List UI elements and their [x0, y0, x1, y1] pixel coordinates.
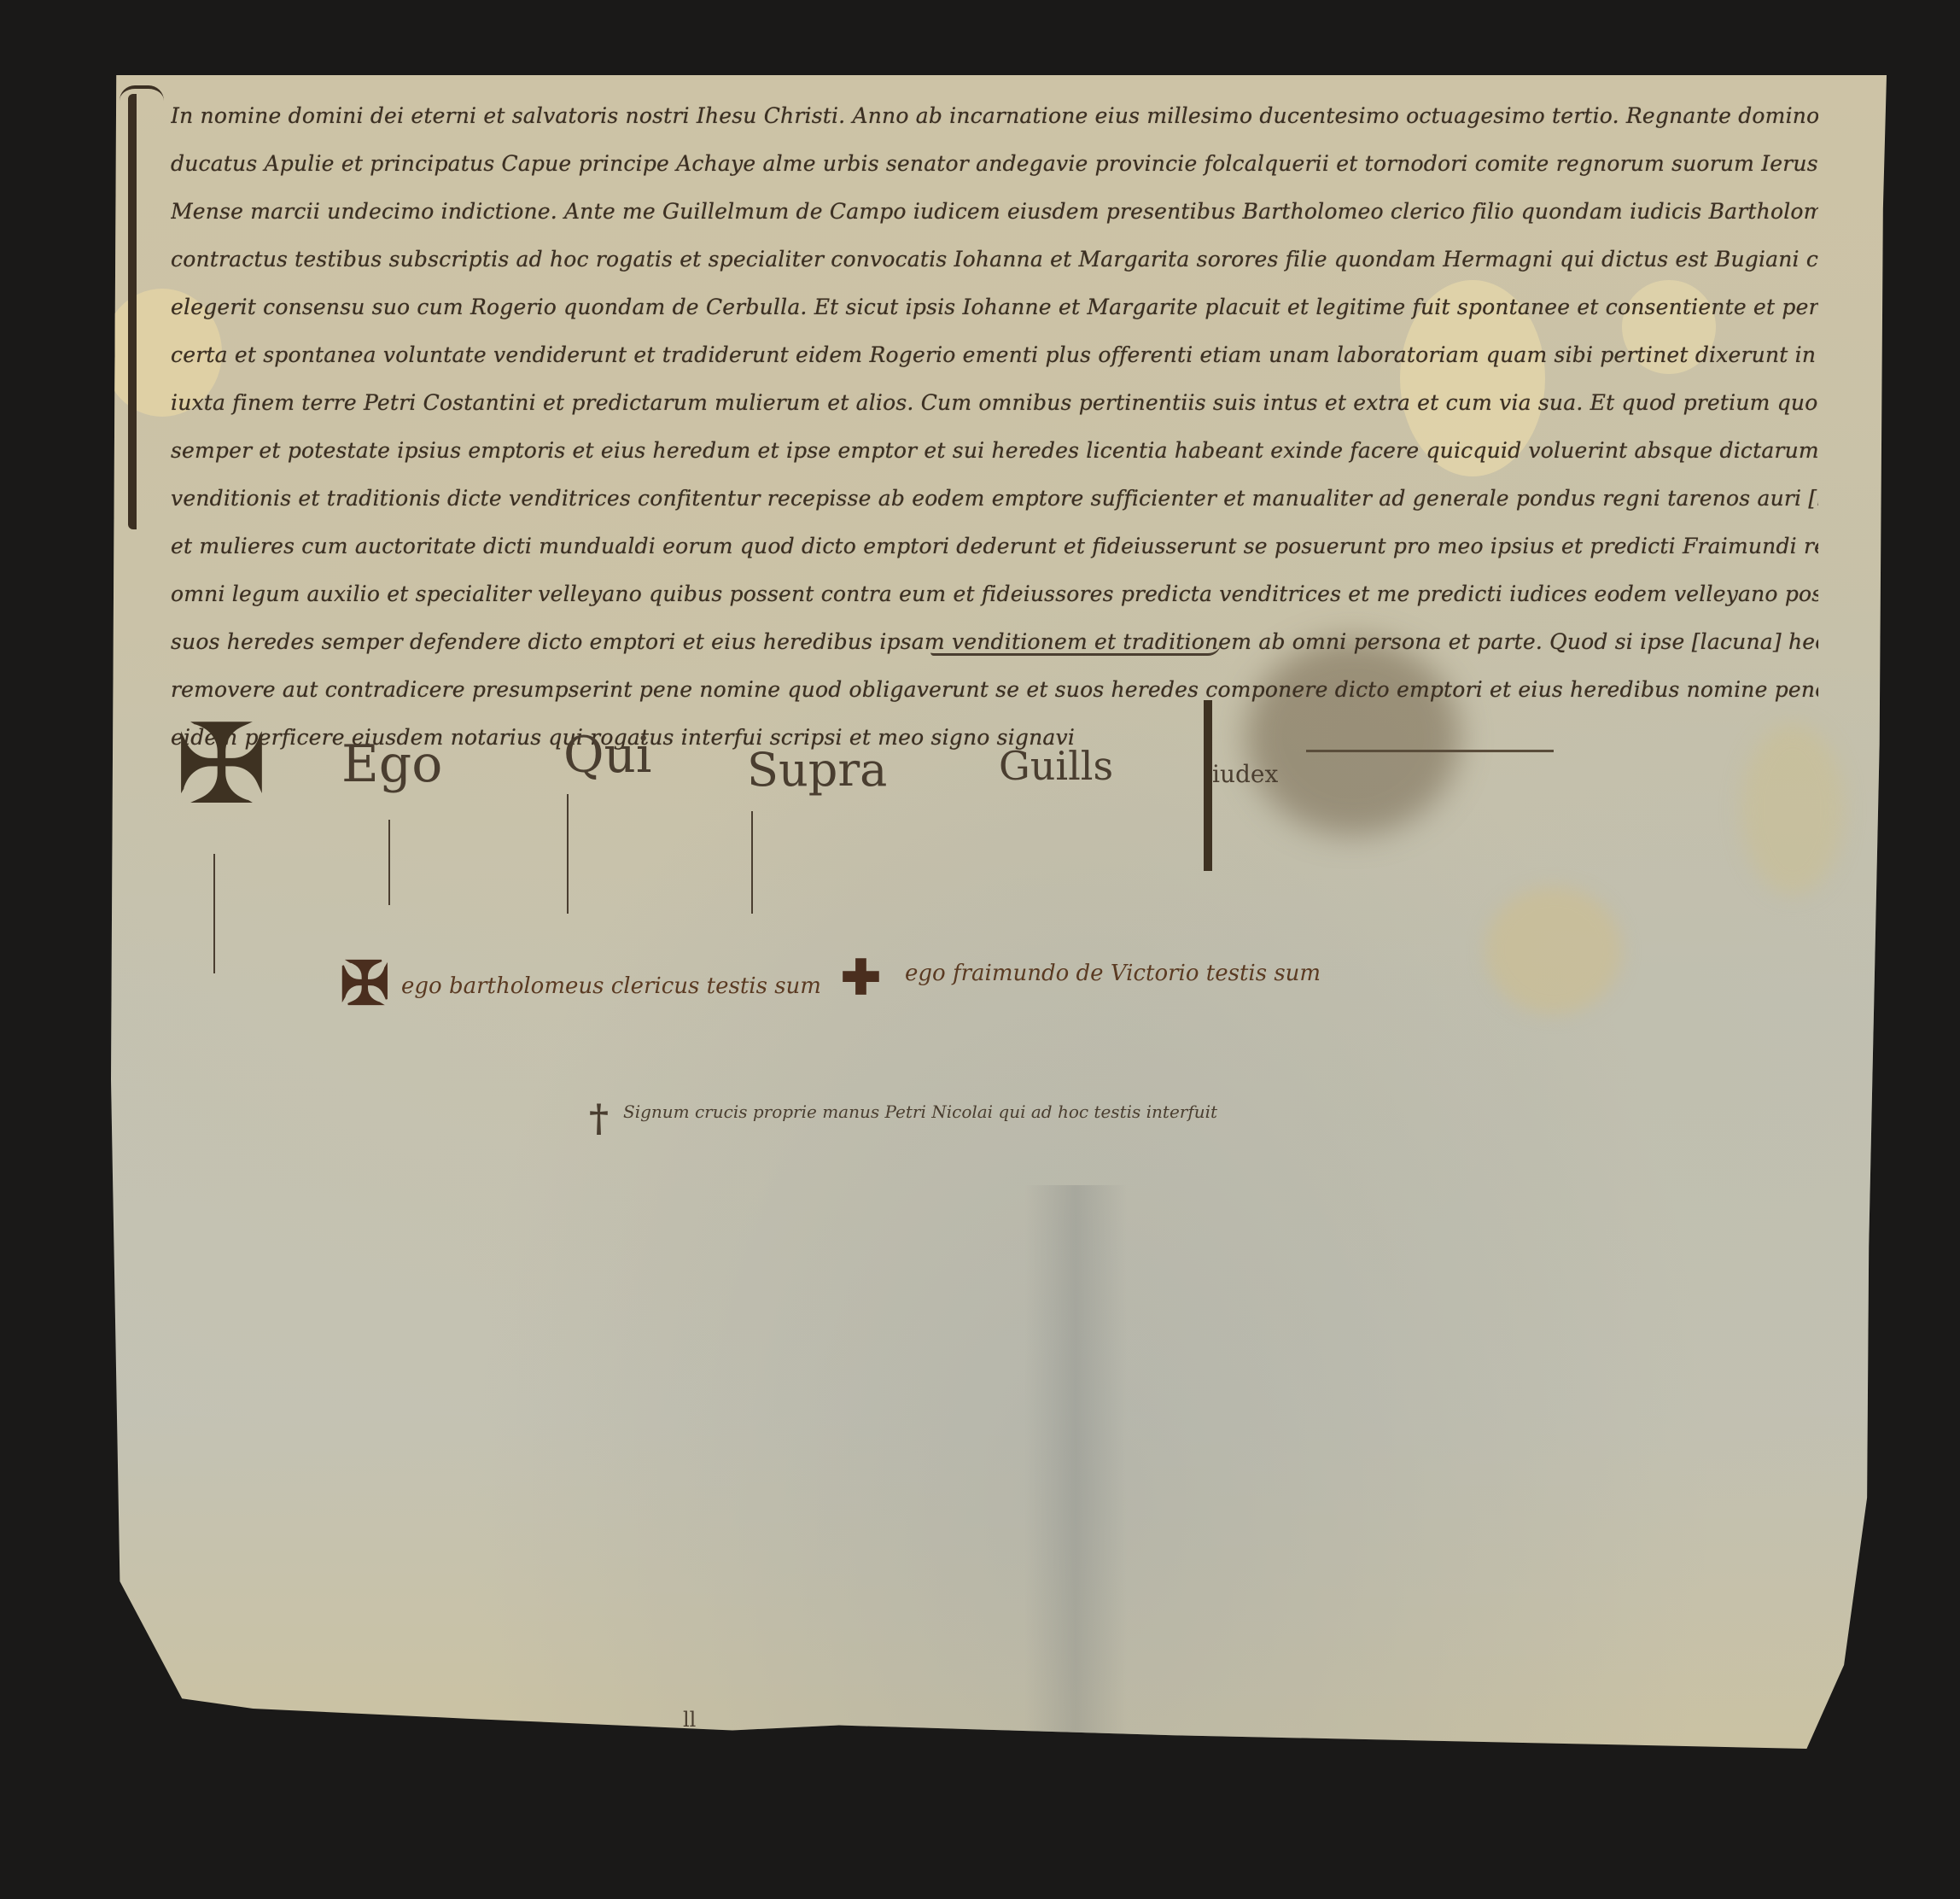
- text-line: omni legum auxilio et specialiter velley…: [171, 570, 1818, 618]
- text-line: et mulieres cum auctoritate dicti mundua…: [171, 523, 1818, 570]
- signum-cross: †: [589, 1097, 609, 1141]
- witness-cross-2: ✚: [841, 949, 881, 1006]
- witness-subscription-2: ego fraimundo de Victorio testis sum: [905, 961, 1321, 986]
- judge-signum-stem: [1204, 700, 1212, 871]
- marginal-mark: ll: [683, 1708, 696, 1732]
- judge-signum-arrow: [1306, 750, 1554, 757]
- monogram-stem: [751, 811, 753, 914]
- water-stain: [1485, 886, 1622, 1014]
- witness-cross-1: ✠: [340, 948, 390, 1019]
- monogram-iudex: iudex: [1212, 760, 1278, 788]
- text-line: venditionis et traditionis dicte venditr…: [171, 475, 1818, 523]
- text-line: ducatus Apulie et principatus Capue prin…: [171, 140, 1818, 188]
- text-line: elegerit consensu suo cum Rogerio quonda…: [171, 283, 1818, 331]
- witness-subscription-1: ego bartholomeus clericus testis sum: [401, 973, 821, 999]
- text-line: iuxta finem terre Petri Costantini et pr…: [171, 379, 1818, 427]
- decorated-initial-I: [128, 94, 162, 529]
- monogram-guillelmus: Guills: [999, 743, 1113, 789]
- text-line: Mense marcii undecimo indictione. Ante m…: [171, 188, 1818, 236]
- fold-crease: [1024, 1185, 1127, 1834]
- text-line: In nomine domini dei eterni et salvatori…: [171, 92, 1818, 140]
- charter-body-text: In nomine domini dei eterni et salvatori…: [171, 92, 1818, 762]
- monogram-qui: Qui: [563, 726, 651, 784]
- text-line: removere aut contradicere presumpserint …: [171, 666, 1818, 714]
- text-line: semper et potestate ipsius emptoris et e…: [171, 427, 1818, 475]
- monogram-ego: Ego: [341, 734, 442, 794]
- monogram-stem: [567, 794, 569, 914]
- notarial-flourish: [930, 643, 1221, 656]
- monogram-supra: Supra: [747, 743, 887, 797]
- cross-signum-monogram: ✠: [175, 709, 268, 820]
- text-line: certa et spontanea voluntate vendiderunt…: [171, 331, 1818, 379]
- monogram-stem: [213, 854, 215, 973]
- text-line: suos heredes semper defendere dicto empt…: [171, 618, 1818, 666]
- monogram-stem: [388, 820, 390, 905]
- text-line: contractus testibus subscriptis ad hoc r…: [171, 236, 1818, 283]
- signum-manus-line: Signum crucis proprie manus Petri Nicola…: [623, 1101, 1217, 1122]
